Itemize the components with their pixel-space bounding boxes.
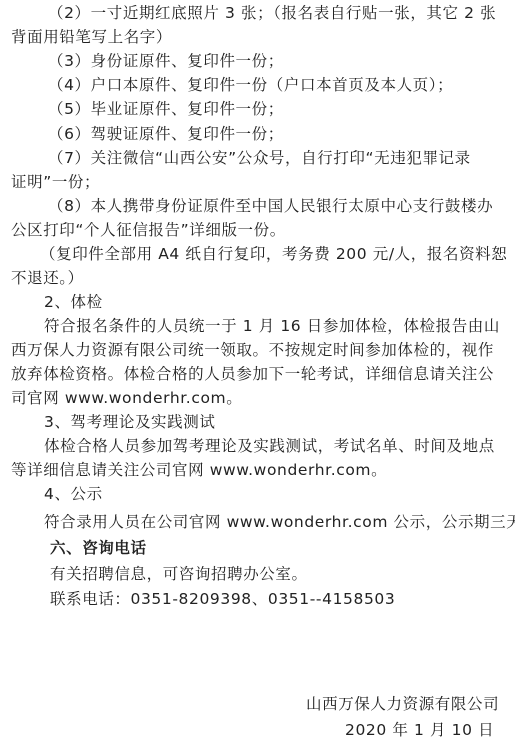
text-line: 不退还。） — [11, 268, 84, 288]
text-line: 体检合格人员参加驾考理论及实践测试，考试名单、时间及地点 — [44, 436, 495, 456]
text-line: （3）身份证原件、复印件一份； — [48, 51, 284, 71]
text-line: 证明”一份； — [11, 172, 100, 192]
text-line: （5）毕业证原件、复印件一份； — [48, 99, 284, 119]
text-line: 4、公示 — [44, 484, 103, 504]
text-line: （2）一寸近期红底照片 3 张；（报名表自行贴一张，其它 2 张 — [48, 3, 496, 23]
section-heading-consultation: 六、咨询电话 — [50, 538, 147, 558]
text-line: 公区打印“个人征信报告”详细版一份。 — [11, 220, 286, 240]
contact-phone: 联系电话：0351-8209398、0351--4158503 — [50, 589, 395, 609]
text-line: 放弃体检资格。体检合格的人员参加下一轮考试，详细信息请关注公 — [11, 364, 494, 384]
text-line: （4）户口本原件、复印件一份（户口本首页及本人页）； — [48, 75, 453, 95]
text-line: 3、驾考理论及实践测试 — [44, 412, 215, 432]
text-line: 符合录用人员在公司官网 www.wonderhr.com 公示，公示期三天。 — [44, 512, 515, 532]
text-line: （8）本人携带身份证原件至中国人民银行太原中心支行鼓楼办 — [48, 196, 493, 216]
consultation-info: 有关招聘信息，可咨询招聘办公室。 — [50, 564, 308, 584]
text-line: 司官网 www.wonderhr.com。 — [11, 388, 242, 408]
text-line: 符合报名条件的人员统一于 1 月 16 日参加体检，体检报告由山 — [44, 316, 500, 336]
signature-company: 山西万保人力资源有限公司 — [306, 694, 499, 714]
text-line: （7）关注微信“山西公安”公众号，自行打印“无违犯罪记录 — [48, 148, 471, 168]
text-line: （6）驾驶证原件、复印件一份； — [48, 124, 284, 144]
text-line: 2、体检 — [44, 292, 103, 312]
text-line: 西万保人力资源有限公司统一领取。不按规定时间参加体检的，视作 — [11, 340, 494, 360]
text-line: 背面用铅笔写上名字） — [11, 27, 172, 47]
signature-date: 2020 年 1 月 10 日 — [345, 720, 494, 740]
text-line: （复印件全部用 A4 纸自行复印，考务费 200 元/人，报名资料恕 — [40, 244, 507, 264]
text-line: 等详细信息请关注公司官网 www.wonderhr.com。 — [11, 460, 387, 480]
